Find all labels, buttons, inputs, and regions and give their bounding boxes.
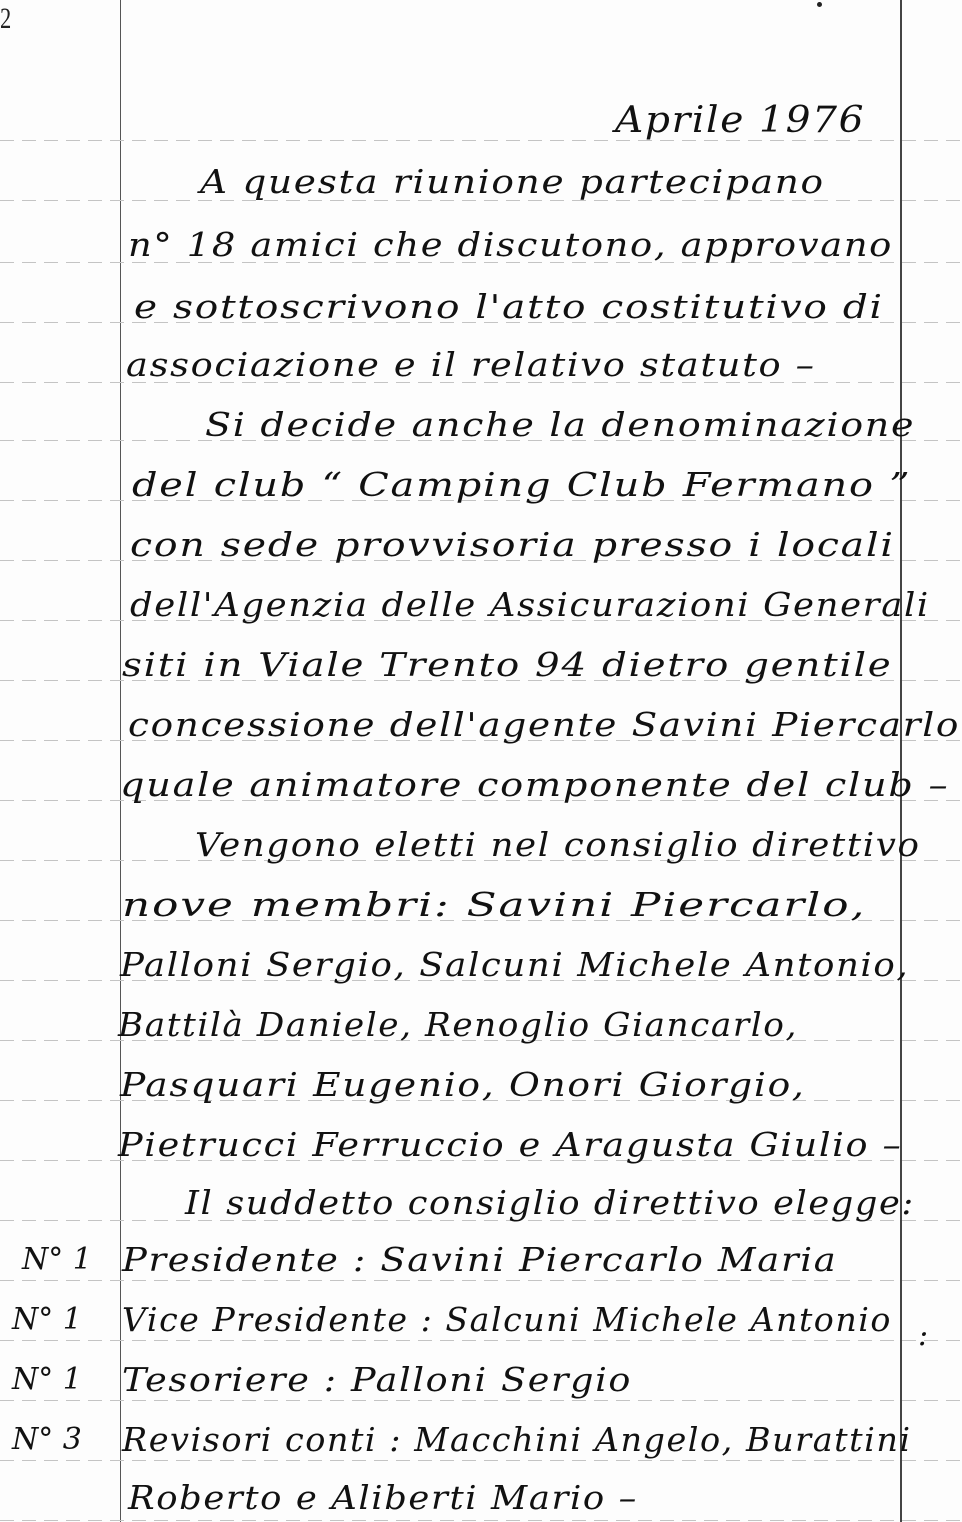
handwritten-line: del club “ Camping Club Fermano ” <box>132 465 911 504</box>
handwritten-document-page: 2 Aprile 1976 A questa riunione partecip… <box>0 0 962 1522</box>
handwritten-line: nove membri: Savini Piercarlo, <box>122 885 866 924</box>
ruled-line <box>0 1520 962 1521</box>
office-count-label: N° 3 <box>12 1422 82 1457</box>
office-count-label: N° 1 <box>12 1362 82 1397</box>
office-entry: Presidente : Savini Piercarlo Maria <box>122 1240 837 1279</box>
ruled-line <box>0 1280 962 1281</box>
office-entry: Tesoriere : Palloni Sergio <box>122 1360 632 1399</box>
handwritten-line: Pasquari Eugenio, Onori Giorgio, <box>120 1065 806 1104</box>
handwritten-line: con sede provvisoria presso i locali <box>130 525 895 564</box>
document-date: Aprile 1976 <box>615 100 865 141</box>
handwritten-line: Battilà Daniele, Renoglio Giancarlo, <box>118 1005 798 1044</box>
office-entry: Vice Presidente : Salcuni Michele Antoni… <box>122 1300 892 1339</box>
ruled-line <box>0 1340 962 1341</box>
office-count-label: N° 1 <box>12 1302 82 1337</box>
ruled-line <box>0 1460 962 1461</box>
handwritten-line: Palloni Sergio, Salcuni Michele Antonio, <box>120 945 909 984</box>
handwritten-line: associazione e il relativo statuto – <box>126 345 816 384</box>
handwritten-line: dell'Agenzia delle Assicurazioni General… <box>130 585 930 624</box>
handwritten-line: Il suddetto consiglio direttivo elegge: <box>185 1183 915 1222</box>
office-count-label: N° 1 <box>22 1242 92 1277</box>
handwritten-line: Pietrucci Ferruccio e Aragusta Giulio – <box>118 1125 902 1164</box>
right-margin-line <box>900 0 902 1522</box>
office-entry: Revisori conti : Macchini Angelo, Buratt… <box>122 1420 912 1459</box>
handwritten-line: Vengono eletti nel consiglio direttivo <box>195 825 921 864</box>
handwritten-line: siti in Viale Trento 94 dietro gentile <box>122 645 892 684</box>
office-entry: Roberto e Aliberti Mario – <box>128 1478 638 1517</box>
right-margin-mark: : <box>918 1318 928 1353</box>
left-margin-line <box>120 0 121 1522</box>
handwritten-line: A questa riunione partecipano <box>200 162 825 201</box>
handwritten-line: quale animatore componente del club – <box>120 765 949 804</box>
handwritten-line: n° 18 amici che discutono, approvano <box>128 225 893 264</box>
handwritten-line: e sottoscrivono l'atto costitutivo di <box>134 287 884 326</box>
ink-dot <box>817 2 822 7</box>
handwritten-line: concessione dell'agente Savini Piercarlo <box>128 705 960 744</box>
page-number: 2 <box>0 2 11 36</box>
ruled-line <box>0 1400 962 1401</box>
handwritten-line: Si decide anche la denominazione <box>205 405 915 444</box>
